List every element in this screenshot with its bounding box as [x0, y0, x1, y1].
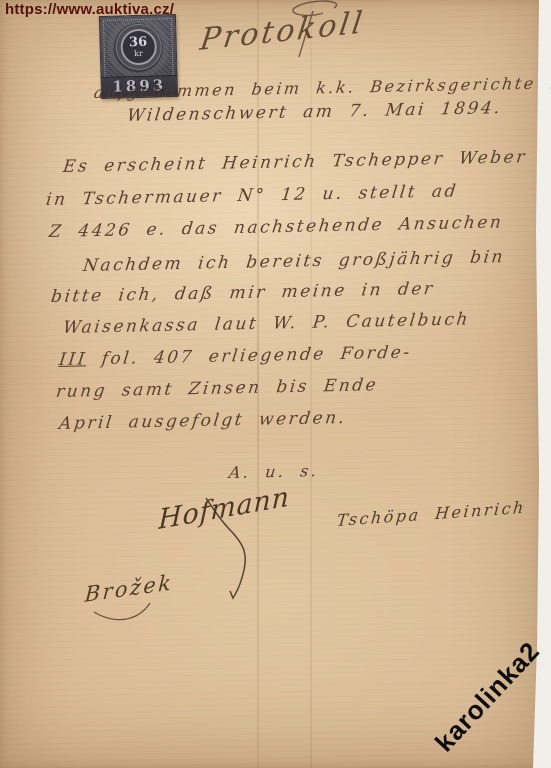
folio-reference: III — [58, 349, 88, 370]
closing-formula: A. u. s. — [228, 462, 320, 482]
scanned-document-photo: https://www.auktiva.cz/ 36 kr 1893 Proto… — [0, 0, 551, 768]
stamp-denomination: 36 — [129, 36, 147, 50]
stamp-currency: kr — [134, 50, 143, 58]
